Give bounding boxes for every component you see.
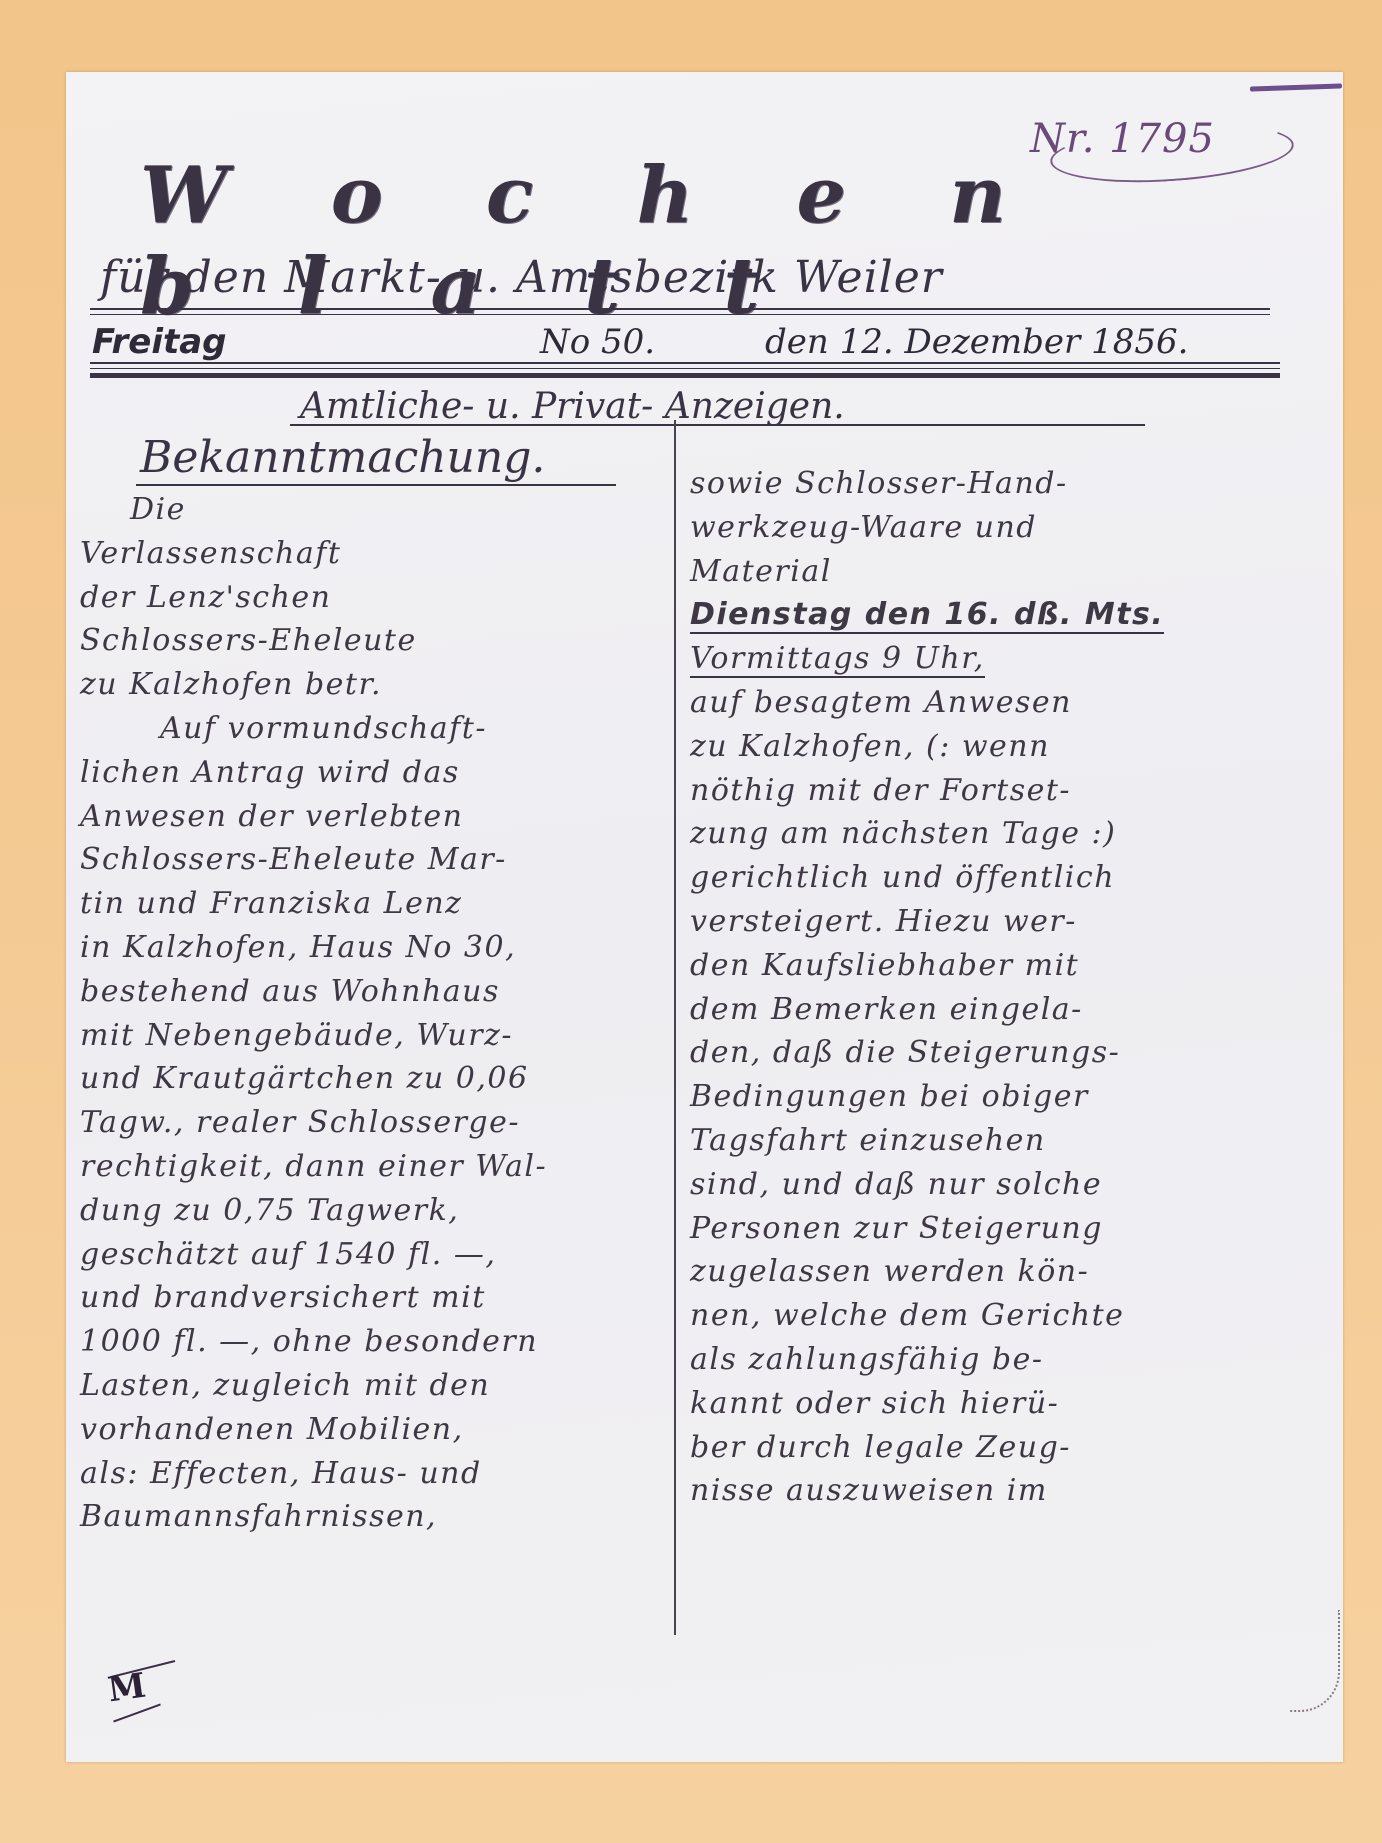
announcement-underline [136, 484, 616, 486]
text-line: den, daß die Steigerungs- [690, 1031, 1250, 1075]
corner-initial-mark: M [105, 1666, 148, 1711]
rule-mid-thick [90, 373, 1280, 378]
text-line: dem Bemerken eingela- [690, 988, 1250, 1032]
rule-mid-2 [90, 368, 1280, 369]
text-line: Anwesen der verlebten [80, 795, 665, 839]
text-line: Schlossers-Eheleute Mar- [80, 838, 665, 882]
text-line: geschätzt auf 1540 fl. —, [80, 1233, 665, 1277]
text-line: zugelassen werden kön- [690, 1250, 1250, 1294]
text-line: und Krautgärtchen zu 0,06 [80, 1057, 665, 1101]
text-line: auf besagtem Anwesen [690, 681, 1250, 725]
right-column: sowie Schlosser-Hand- werkzeug-Waare und… [690, 462, 1250, 1513]
column-divider [674, 420, 676, 1635]
text-line: vorhandenen Mobilien, [80, 1408, 665, 1452]
dateline-issue-number: No 50. [540, 322, 655, 362]
masthead-title: W o c h e n b l a t t [140, 150, 1120, 332]
text-line: 1000 fl. —, ohne besondern [80, 1320, 665, 1364]
dateline-date: den 12. Dezember 1856. [765, 322, 1188, 362]
text-line: werkzeug-Waare und [690, 506, 1250, 550]
auction-time: Vormittags 9 Uhr, [690, 642, 985, 678]
text-line: kannt oder sich hierü- [690, 1382, 1250, 1426]
text-line: Material [690, 550, 1250, 594]
text-line: mit Nebengebäude, Wurz- [80, 1014, 665, 1058]
text-line: ber durch legale Zeug- [690, 1426, 1250, 1470]
masthead-subtitle: für den Markt- u. Amtsbezirk Weiler [100, 252, 943, 303]
left-column: Die Verlassenschaft der Lenz'schen Schlo… [80, 488, 665, 1539]
text-line: als zahlungsfähig be- [690, 1338, 1250, 1382]
text-line: gerichtlich und öffentlich [690, 856, 1250, 900]
text-line: sind, und daß nur solche [690, 1163, 1250, 1207]
auction-time-line: Vormittags 9 Uhr, [690, 637, 1250, 681]
section-title: Amtliche- u. Privat- Anzeigen. [300, 386, 845, 427]
rule-mid-1 [90, 362, 1280, 364]
text-line: und brandversichert mit [80, 1276, 665, 1320]
text-line: nöthig mit der Fortset- [690, 769, 1250, 813]
auction-date: Dienstag den 16. dß. Mts. [690, 598, 1164, 634]
text-line: bestehend aus Wohnhaus [80, 970, 665, 1014]
text-line: Verlassenschaft [80, 532, 665, 576]
text-line: Schlossers-Eheleute [80, 619, 665, 663]
text-line: Tagsfahrt einzusehen [690, 1119, 1250, 1163]
text-line: als: Effecten, Haus- und [80, 1452, 665, 1496]
text-line: sowie Schlosser-Hand- [690, 462, 1250, 506]
text-line: lichen Antrag wird das [80, 751, 665, 795]
text-line: Personen zur Steigerung [690, 1207, 1250, 1251]
text-line: der Lenz'schen [80, 576, 665, 620]
text-line: Lasten, zugleich mit den [80, 1364, 665, 1408]
text-line: den Kaufsliebhaber mit [690, 944, 1250, 988]
text-line: Baumannsfahrnissen, [80, 1495, 665, 1539]
dateline-weekday: Freitag [92, 322, 227, 362]
text-line: nen, welche dem Gerichte [690, 1294, 1250, 1338]
text-line: in Kalzhofen, Haus No 30, [80, 926, 665, 970]
text-line: dung zu 0,75 Tagwerk, [80, 1189, 665, 1233]
text-line: Auf vormundschaft- [80, 707, 665, 751]
rule-top-2 [90, 314, 1270, 315]
auction-date-line: Dienstag den 16. dß. Mts. [690, 593, 1250, 637]
text-line: tin und Franziska Lenz [80, 882, 665, 926]
text-line: nisse auszuweisen im [690, 1469, 1250, 1513]
rule-top-1 [90, 308, 1270, 310]
text-line: rechtigkeit, dann einer Wal- [80, 1145, 665, 1189]
text-line: zu Kalzhofen betr. [80, 663, 665, 707]
text-line: zung am nächsten Tage :) [690, 812, 1250, 856]
text-line: versteigert. Hiezu wer- [690, 900, 1250, 944]
text-line: Tagw., realer Schlosserge- [80, 1101, 665, 1145]
text-line: Die [80, 488, 665, 532]
text-line: zu Kalzhofen, (: wenn [690, 725, 1250, 769]
section-underline [290, 424, 1145, 426]
text-line: Bedingungen bei obiger [690, 1075, 1250, 1119]
announcement-heading: Bekanntmachung. [140, 432, 545, 483]
